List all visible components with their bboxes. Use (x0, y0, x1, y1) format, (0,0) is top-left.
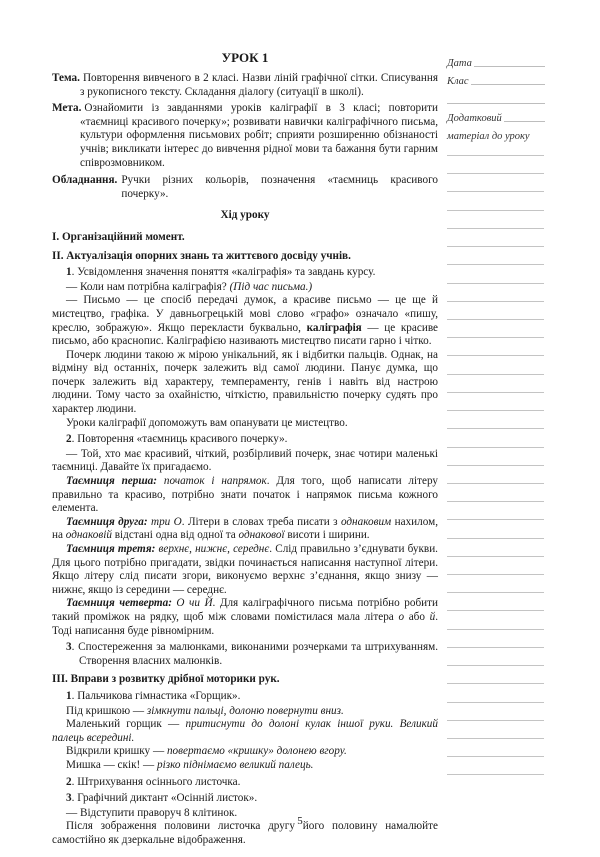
item-3: 3. Спостереження за малюнками, виконаним… (52, 641, 438, 668)
note-line (447, 501, 544, 519)
note-line (447, 702, 544, 720)
note-line (447, 483, 544, 501)
blank-row (447, 88, 545, 106)
gym-line: Відкрили кришку — повертаємо «кришку» до… (52, 745, 438, 759)
note-line (447, 447, 544, 465)
extra-row-2: матеріал до уроку (447, 125, 545, 143)
equipment-label: Обладнання. (52, 174, 121, 201)
note-line (447, 283, 544, 301)
note-line (447, 556, 544, 574)
question: — Коли нам потрібна каліграфія? (Під час… (52, 281, 438, 295)
date-row: Дата (447, 52, 545, 70)
note-line (447, 355, 544, 373)
secret-2: Таємниця друга: три О. Літери в словах т… (52, 516, 438, 543)
note-line (447, 428, 544, 446)
note-line (447, 465, 544, 483)
extra-label-2: матеріал до уроку (447, 131, 532, 143)
note-line (447, 337, 544, 355)
goal-label: Мета. (52, 102, 84, 114)
note-line (447, 374, 544, 392)
sidebar-notes: Дата Клас Додатковий матеріал до уроку (447, 52, 545, 143)
note-line (447, 301, 544, 319)
note-line (447, 610, 544, 628)
blank-line (447, 103, 545, 104)
section-heading-3: III. Вправи з розвитку дрібної моторики … (52, 673, 438, 687)
secret-4: Таємниця четверта: О чи Й. Для каліграфі… (52, 597, 438, 638)
lesson-plan: УРОК 1 Тема.Повторення вивченого в 2 кла… (52, 50, 438, 847)
exercise-1: 1. Пальчикова гімнастика «Горщик». (52, 690, 438, 704)
secret-1: Таємниця перша: початок і напрямок. Для … (52, 475, 438, 516)
extra-row: Додатковий (447, 107, 545, 125)
note-line (447, 246, 544, 264)
paragraph: — Письмо — це спосіб передачі думок, а к… (52, 294, 438, 348)
page-number: 5 (0, 815, 600, 827)
note-line (447, 683, 544, 701)
note-lines (447, 155, 544, 793)
topic-label: Тема. (52, 72, 83, 84)
date-label: Дата (447, 58, 474, 70)
lesson-title: УРОК 1 (52, 50, 438, 66)
note-line (447, 774, 544, 792)
class-line (471, 84, 545, 85)
note-line (447, 592, 544, 610)
date-line (474, 66, 545, 67)
note-line (447, 720, 544, 738)
note-line (447, 319, 544, 337)
note-line (447, 210, 544, 228)
section-heading-2: II. Актуалізація опорних знань та життєв… (52, 250, 438, 264)
note-line (447, 756, 544, 774)
extra-label: Додатковий (447, 113, 504, 125)
exercise-2: 2. Штрихування осіннього листочка. (52, 776, 438, 790)
exercise-3: 3. Графічний диктант «Осінній листок». (52, 792, 438, 806)
paragraph: Почерк людини такою ж мірою унікальний, … (52, 349, 438, 417)
paragraph: Уроки каліграфії допоможуть вам опануват… (52, 417, 438, 431)
note-line (447, 665, 544, 683)
note-line (447, 173, 544, 191)
note-line (447, 264, 544, 282)
gym-line: Мишка — скік! — різко піднімаємо великий… (52, 759, 438, 773)
item-2: 2. Повторення «таємниць красивого почерк… (52, 433, 438, 447)
goal-text: Ознайомити із завданнями уроків каліграф… (80, 102, 438, 168)
item-1: 1. Усвідомлення значення поняття «калігр… (52, 266, 438, 280)
note-line (447, 191, 544, 209)
note-line (447, 647, 544, 665)
equipment-text: Ручки різних кольорів, позначення «таємн… (121, 174, 438, 201)
note-line (447, 574, 544, 592)
gym-line: Маленький горщик — притиснути до долоні … (52, 718, 438, 745)
paragraph: — Той, хто має красивий, чіткий, розбірл… (52, 448, 438, 475)
note-line (447, 155, 544, 173)
extra-line (504, 121, 545, 122)
class-label: Клас (447, 76, 471, 88)
equipment-field: Обладнання.Ручки різних кольорів, познач… (52, 174, 438, 201)
note-line (447, 392, 544, 410)
note-line (447, 629, 544, 647)
note-line (447, 410, 544, 428)
section-heading-1: I. Організаційний момент. (52, 231, 438, 245)
note-line (447, 519, 544, 537)
gym-line: Під кришкою — зімкнути пальці, долоню по… (52, 705, 438, 719)
topic-text: Повторення вивченого в 2 класі. Назви лі… (80, 72, 438, 98)
goal-field: Мета.Ознайомити із завданнями уроків кал… (52, 102, 438, 170)
course-heading: Хід уроку (52, 209, 438, 223)
note-line (447, 738, 544, 756)
note-line (447, 228, 544, 246)
class-row: Клас (447, 70, 545, 88)
topic-field: Тема.Повторення вивченого в 2 класі. Наз… (52, 72, 438, 99)
secret-3: Таємниця третя: верхнє, нижнє, середнє. … (52, 543, 438, 597)
note-line (447, 538, 544, 556)
